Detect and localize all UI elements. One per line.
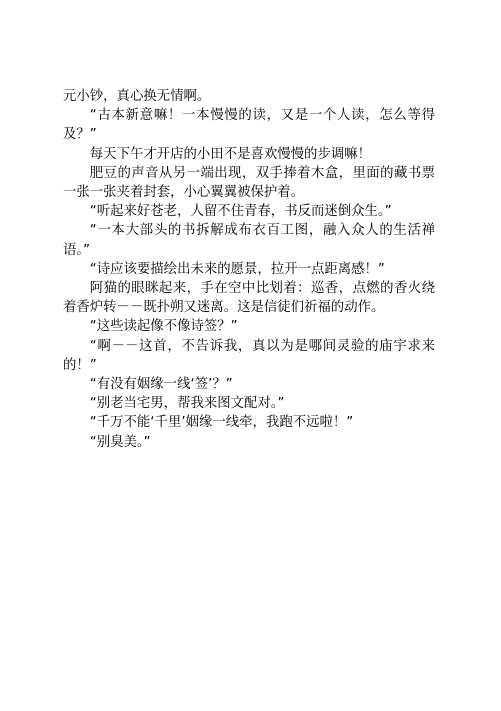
paragraph: “别臭美。”: [63, 433, 435, 452]
paragraph: “一本大部头的书拆解成布衣百工图，融入众人的生活禅语。”: [63, 221, 435, 259]
paragraph: “别老当宅男，帮我来图文配对。”: [63, 394, 435, 413]
paragraph: “诗应该要描绘出未来的愿景，拉开一点距离感！”: [63, 260, 435, 279]
paragraph: “这些读起像不像诗签？”: [63, 317, 435, 336]
paragraph: 阿猫的眼眯起来，手在空中比划着：巡香，点燃的香火绕着香炉转－－既扑朔又迷离。这是…: [63, 279, 435, 317]
paragraph: “啊－－这首，不告诉我，真以为是哪间灵验的庙宇求来的！”: [63, 337, 435, 375]
paragraph: 每天下午才开店的小田不是喜欢慢慢的步调嘛！: [63, 145, 435, 164]
paragraph: 元小钞，真心换无情啊。: [63, 87, 435, 106]
document-page: 元小钞，真心换无情啊。 “古本新意嘛！一本慢慢的读，又是一个人读，怎么等得及？”…: [63, 87, 435, 452]
paragraph: “听起来好苍老，人留不住青春，书反而迷倒众生。”: [63, 202, 435, 221]
paragraph: “千万不能‘千里’姻缘一线牵，我跑不远啦！”: [63, 413, 435, 432]
paragraph: “古本新意嘛！一本慢慢的读，又是一个人读，怎么等得及？”: [63, 106, 435, 144]
paragraph: 肥豆的声音从另一端出现，双手捧着木盒，里面的藏书票一张一张夹着封套，小心翼翼被保…: [63, 164, 435, 202]
paragraph: “有没有姻缘一线‘签’？”: [63, 375, 435, 394]
